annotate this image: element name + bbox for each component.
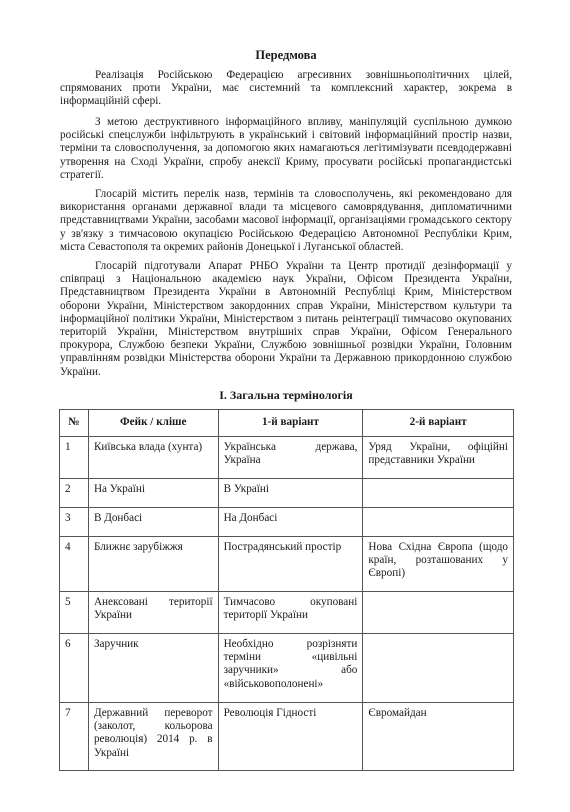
header-variant-1: 1-й варіант	[218, 410, 363, 437]
cell-variant-1: Революція Гідності	[218, 703, 363, 771]
cell-fake: Анексовані території України	[88, 592, 218, 634]
header-fake-cliche: Фейк / кліше	[88, 410, 218, 437]
cell-fake: Київська влада (хунта)	[88, 437, 218, 479]
cell-variant-2	[363, 592, 514, 634]
cell-variant-1: На Донбасі	[218, 508, 363, 537]
table-row: 3 В Донбасі На Донбасі	[60, 508, 514, 537]
cell-fake: В Донбасі	[88, 508, 218, 537]
cell-number: 1	[60, 437, 89, 479]
cell-variant-2	[363, 508, 514, 537]
cell-variant-2: Уряд України, офіційні представники Укра…	[363, 437, 514, 479]
glossary-table: № Фейк / кліше 1-й варіант 2-й варіант 1…	[59, 409, 514, 771]
cell-variant-2: Нова Східна Європа (щодо країн, розташов…	[363, 537, 514, 592]
preface-paragraph: Реалізація Російською Федерацією агресив…	[60, 69, 512, 109]
cell-number: 6	[60, 634, 89, 703]
cell-number: 2	[60, 479, 89, 508]
cell-variant-2: Євромайдан	[363, 703, 514, 771]
cell-variant-1: Українська держава, Україна	[218, 437, 363, 479]
cell-variant-2	[363, 479, 514, 508]
header-variant-2: 2-й варіант	[363, 410, 514, 437]
preface-paragraph: З метою деструктивного інформаційного вп…	[60, 116, 512, 182]
preface-paragraph: Глосарій підготували Апарат РНБО України…	[60, 260, 512, 379]
preface-paragraph: Глосарій містить перелік назв, термінів …	[60, 188, 512, 254]
section-title: І. Загальна термінологія	[60, 388, 512, 402]
table-row: 7 Державний переворот (заколот, кольоров…	[60, 703, 514, 771]
cell-number: 4	[60, 537, 89, 592]
preface-title: Передмова	[60, 48, 512, 62]
table-row: 6 Заручник Необхідно розрізняти терміни …	[60, 634, 514, 703]
cell-fake: Державний переворот (заколот, кольорова …	[88, 703, 218, 771]
cell-fake: Заручник	[88, 634, 218, 703]
table-header-row: № Фейк / кліше 1-й варіант 2-й варіант	[60, 410, 514, 437]
cell-number: 5	[60, 592, 89, 634]
cell-fake: На Україні	[88, 479, 218, 508]
table-row: 5 Анексовані території України Тимчасово…	[60, 592, 514, 634]
cell-fake: Ближнє зарубіжжя	[88, 537, 218, 592]
cell-variant-1: Необхідно розрізняти терміни «цивільні з…	[218, 634, 363, 703]
cell-variant-2	[363, 634, 514, 703]
table-row: 4 Ближнє зарубіжжя Пострадянський прості…	[60, 537, 514, 592]
table-row: 2 На Україні В Україні	[60, 479, 514, 508]
table-row: 1 Київська влада (хунта) Українська держ…	[60, 437, 514, 479]
cell-number: 7	[60, 703, 89, 771]
cell-variant-1: Пострадянський простір	[218, 537, 363, 592]
cell-variant-1: В Україні	[218, 479, 363, 508]
cell-number: 3	[60, 508, 89, 537]
header-number: №	[60, 410, 89, 437]
cell-variant-1: Тимчасово окуповані території України	[218, 592, 363, 634]
